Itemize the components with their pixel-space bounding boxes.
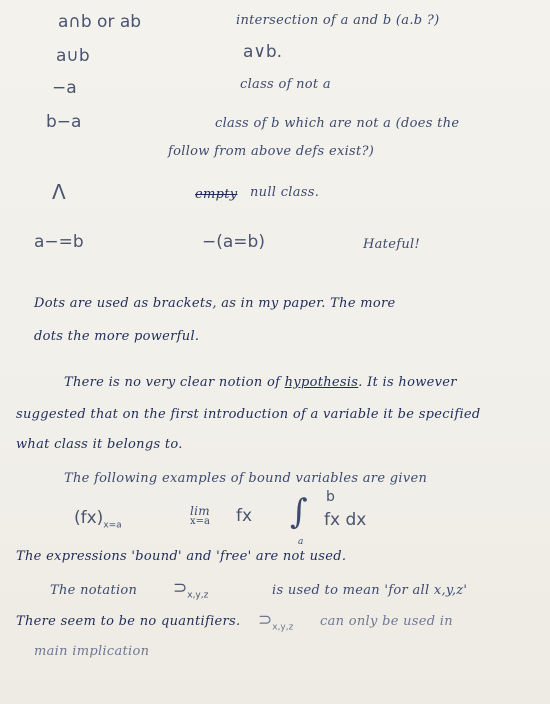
para-quantifiers: There seem to be no quantifiers. <box>16 615 240 628</box>
meaning-null-class: null class. <box>250 186 319 199</box>
integral-upper: b <box>326 490 335 504</box>
hyp-underlined: hypothesis <box>285 375 359 390</box>
struck-word: empty <box>195 188 237 201</box>
notation-label: The notation <box>50 584 137 597</box>
lim-sub: x=a <box>190 517 210 527</box>
meaning-union: a∨b. <box>243 44 282 61</box>
horseshoe-2: ⊃ <box>258 610 272 630</box>
para-free-line1: The expressions 'bound' and 'free' are n… <box>16 550 346 563</box>
lim-body: fx <box>236 508 252 525</box>
symbol-difference: b−a <box>46 114 81 131</box>
manuscript-page: a∩b or ab intersection of a and b (a.b ?… <box>0 0 550 704</box>
hyp-text-end: . It is however <box>358 375 457 390</box>
symbol-not-equal: a−=b <box>34 234 84 251</box>
integral-body: fx dx <box>324 512 366 529</box>
meaning-difference-cont: follow from above defs exist?) <box>168 145 374 158</box>
notation-symbol: ⊃x,y,z <box>173 580 208 600</box>
hyp-text: There is no very clear notion of <box>64 375 285 390</box>
integral-sign: ∫ <box>290 495 308 529</box>
meaning-intersection: intersection of a and b (a.b ?) <box>236 14 439 27</box>
meaning-difference: class of b which are not a (does the <box>215 117 459 130</box>
para-dots-line2: dots the more powerful. <box>34 330 199 343</box>
example-fx-at-a: (fx)x=a <box>74 510 122 530</box>
para-bound-line1: The following examples of bound variable… <box>64 472 427 485</box>
para-hyp-line1: There is no very clear notion of hypothe… <box>64 376 457 389</box>
para-can-only: can only be used in <box>320 615 453 628</box>
integral-lower: a <box>298 538 303 547</box>
meaning-complement: class of not a <box>240 78 331 91</box>
para-hyp-line3: what class it belongs to. <box>16 438 183 451</box>
symbol-null-class: Λ <box>52 182 66 202</box>
meaning-not-equal: −(a=b) <box>202 234 265 251</box>
symbol-complement: −a <box>52 80 77 97</box>
ex1-sub: x=a <box>103 520 121 530</box>
para-hyp-line2: suggested that on the first introduction… <box>16 408 481 421</box>
notation-symbol-2: ⊃x,y,z <box>258 612 293 632</box>
horseshoe-sub-1: x,y,z <box>187 590 208 600</box>
para-dots-line1: Dots are used as brackets, as in my pape… <box>34 297 396 310</box>
comment-hateful: Hateful! <box>363 238 420 251</box>
example-limit: lim x=a <box>190 505 210 527</box>
symbol-intersection: a∩b or ab <box>58 14 141 31</box>
ex1-expr: (fx) <box>74 508 103 528</box>
notation-meaning: is used to mean 'for all x,y,z' <box>272 584 467 597</box>
para-main-implication: main implication <box>34 645 149 658</box>
horseshoe-1: ⊃ <box>173 578 187 598</box>
symbol-union: a∪b <box>56 48 90 65</box>
horseshoe-sub-2: x,y,z <box>272 622 293 632</box>
